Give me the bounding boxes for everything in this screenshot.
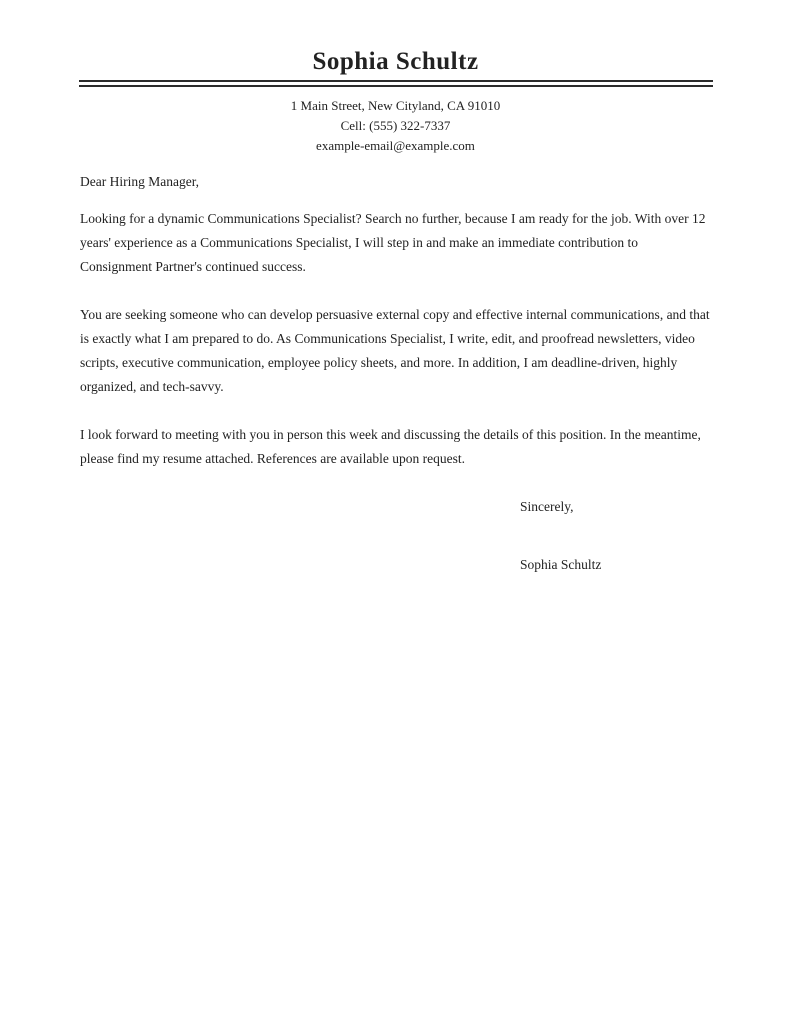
signature-name: Sophia Schultz <box>520 553 791 577</box>
contact-phone: Cell: (555) 322-7337 <box>0 116 791 136</box>
salutation: Dear Hiring Manager, <box>80 170 712 194</box>
contact-block: 1 Main Street, New Cityland, CA 91010 Ce… <box>0 96 791 156</box>
closing-sincerely: Sincerely, <box>520 495 791 519</box>
paragraph-closing: I look forward to meeting with you in pe… <box>80 423 712 471</box>
cover-letter-page: Sophia Schultz 1 Main Street, New Cityla… <box>0 0 791 1024</box>
letter-body: Dear Hiring Manager, Looking for a dynam… <box>80 170 712 471</box>
header-double-rule <box>79 80 713 87</box>
paragraph-intro: Looking for a dynamic Communications Spe… <box>80 207 712 279</box>
paragraph-skills: You are seeking someone who can develop … <box>80 303 712 399</box>
contact-email: example-email@example.com <box>0 136 791 156</box>
letter-header-name: Sophia Schultz <box>0 0 791 76</box>
contact-address: 1 Main Street, New Cityland, CA 91010 <box>0 96 791 116</box>
